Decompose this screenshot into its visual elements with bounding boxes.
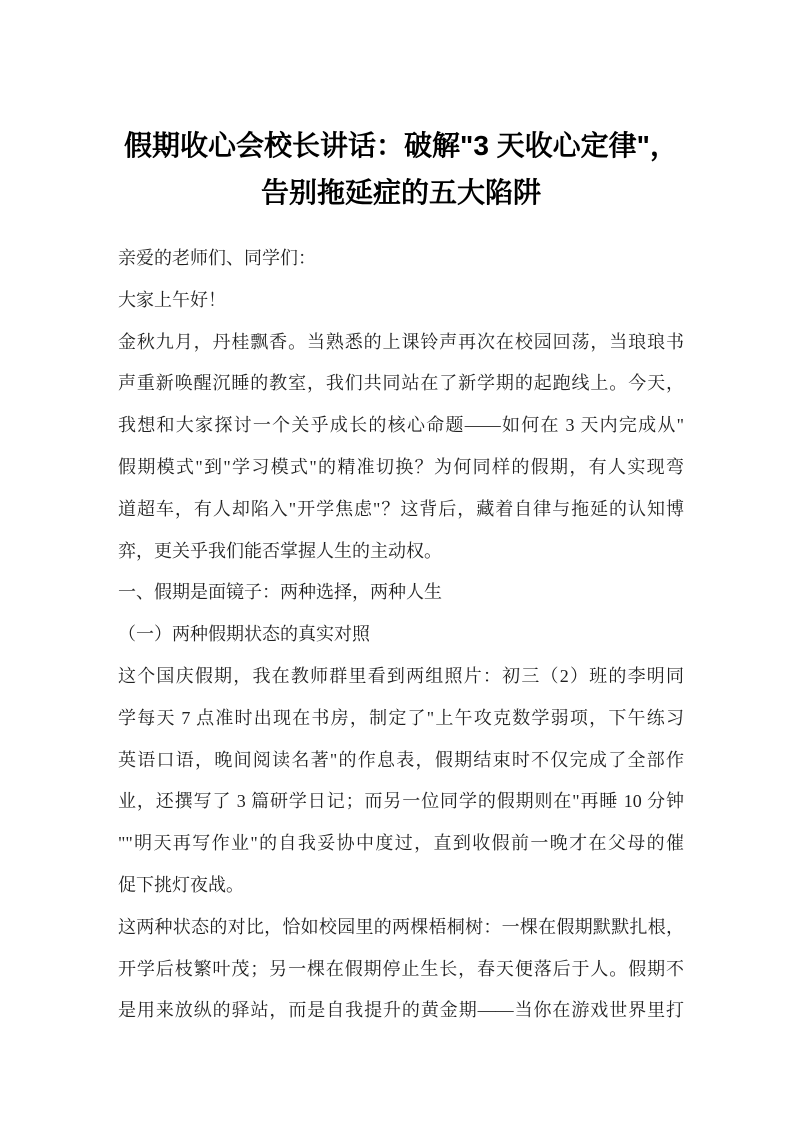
section-heading-line: 一、假期是面镜子：两种选择，两种人生: [118, 572, 684, 614]
paragraph-line: 英语口语，晚间阅读名著"的作息表，假期结束时不仅完成了全部作: [118, 740, 684, 782]
salutation-line: 亲爱的老师们、同学们：: [118, 238, 684, 280]
paragraph-line: ""明天再写作业"的自我妥协中度过，直到收假前一晚才在父母的催: [118, 823, 684, 865]
subsection-heading-line: （一）两种假期状态的真实对照: [118, 614, 684, 656]
paragraph-line: 假期模式"到"学习模式"的精准切换？为何同样的假期，有人实现弯: [118, 447, 684, 489]
paragraph-line: 是用来放纵的驿站，而是自我提升的黄金期——当你在游戏世界里打: [118, 990, 684, 1032]
paragraph-line: 业，还撰写了 3 篇研学日记；而另一位同学的假期则在"再睡 10 分钟: [118, 781, 684, 823]
paragraph-line: 我想和大家探讨一个关乎成长的核心命题——如何在 3 天内完成从": [118, 405, 684, 447]
paragraph-line: 这两种状态的对比，恰如校园里的两棵梧桐树：一棵在假期默默扎根，: [118, 907, 684, 949]
paragraph-line: 这个国庆假期，我在教师群里看到两组照片：初三（2）班的李明同: [118, 656, 684, 698]
document-title-line: 告别拖延症的五大陷阱: [118, 169, 684, 216]
paragraph-line: 金秋九月，丹桂飘香。当熟悉的上课铃声再次在校园回荡，当琅琅书: [118, 322, 684, 364]
paragraph-line: 声重新唤醒沉睡的教室，我们共同站在了新学期的起跑线上。今天，: [118, 363, 684, 405]
paragraph-line: 学每天 7 点准时出现在书房，制定了"上午攻克数学弱项，下午练习: [118, 698, 684, 740]
paragraph-line: 开学后枝繁叶茂；另一棵在假期停止生长，春天便落后于人。假期不: [118, 949, 684, 991]
document-title-line: 假期收心会校长讲话：破解"3 天收心定律"，: [118, 122, 684, 169]
document-body: 亲爱的老师们、同学们： 大家上午好！ 金秋九月，丹桂飘香。当熟悉的上课铃声再次在…: [118, 238, 684, 1032]
paragraph-line: 弈，更关乎我们能否掌握人生的主动权。: [118, 531, 684, 573]
paragraph-line: 道超车，有人却陷入"开学焦虑"？这背后，藏着自律与拖延的认知博: [118, 489, 684, 531]
greeting-line: 大家上午好！: [118, 280, 684, 322]
paragraph-line: 促下挑灯夜战。: [118, 865, 684, 907]
document-page: 假期收心会校长讲话：破解"3 天收心定律"， 告别拖延症的五大陷阱 亲爱的老师们…: [0, 0, 793, 1122]
document-title: 假期收心会校长讲话：破解"3 天收心定律"， 告别拖延症的五大陷阱: [118, 122, 684, 216]
